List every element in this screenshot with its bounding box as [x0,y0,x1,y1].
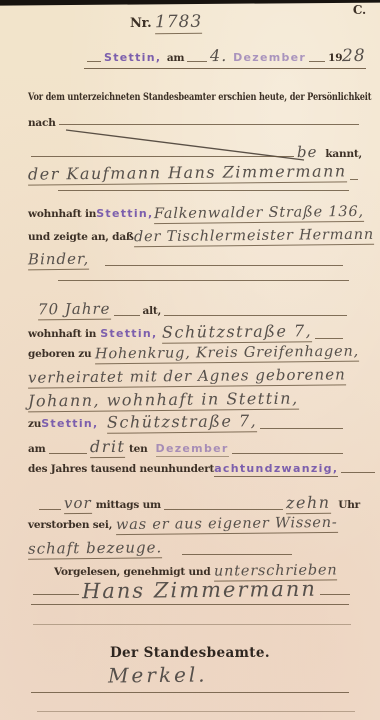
blank-rule [341,472,375,473]
blank-rule [39,509,61,510]
uhr-label: Uhr [338,499,360,511]
deceased-street-entry: Schützstraße 7, [161,321,311,344]
residence-label: wohnhaft in [28,328,96,340]
blank-rule [37,711,355,712]
be-entry: be [297,143,318,161]
blank-rule [87,61,101,62]
birthplace-entry: Hohenkrug, Kreis Greifenhagen, [95,344,359,365]
blank-rule [320,594,350,595]
marriage-entry-2: Johann, wohnhaft in Stettin, [28,389,299,413]
report-label: und zeigte an, daß [28,231,134,243]
attestation-entry-1: was er aus eigener Wissen- [116,515,338,535]
registrar-title: Der Standesbeamte. [110,645,270,661]
record-number-label: Nr. [130,16,151,31]
blank-rule [182,554,292,555]
ten-label: ten [129,443,148,455]
blank-rule [33,624,351,625]
blank-rule [309,61,325,62]
blank-rule [114,315,140,316]
blank-rule [315,338,343,339]
closing-label: Vorgelesen, genehmigt und [54,566,210,578]
death-month-stamp: Dezember [156,442,229,457]
attestation-entry-2: schaft bezeuge. [28,538,162,559]
mittags-label: mittags um [96,499,161,511]
blank-rule [260,428,343,429]
declarant-street-entry: Falkenwalder Straße 136, [153,204,363,224]
alt-label: alt, [143,305,162,317]
intro-text-line1: Vor dem unterzeichneten Standesbeamter e… [28,92,371,103]
month-stamp: Dezember [233,51,306,64]
form-corner-mark: C. [353,3,366,17]
blank-rule [31,604,349,605]
age-entry: 70 Jahre [38,300,111,321]
marriage-entry-1: verheiratet mit der Agnes geborenen [28,365,346,388]
am-label: am [167,52,185,64]
year-entry: 28 [342,46,366,66]
century-label: 19 [328,52,342,64]
deceased-name-entry-1: der Tischlermeister Hermann [134,227,374,248]
registrar-signature: Merkel. [108,662,208,687]
blank-rule [58,280,349,281]
death-day-entry: drit [89,437,125,458]
year-prefix-label: des Jahres tausend neunhundert [28,463,214,475]
residence-label: wohnhaft in [28,208,96,220]
day-entry: 4. [210,46,227,65]
blank-rule [164,509,283,510]
zu-label: zu [28,418,41,430]
death-record-scan: C. Nr. 1783 Stettin, am 4. Dezember 19 2… [0,0,380,720]
blank-rule [350,179,358,180]
declarant-signature: Hans Zimmermann [82,577,317,603]
blank-rule [49,453,87,454]
scan-top-edge [0,0,380,6]
deceased-name-entry-2: Binder, [28,250,89,271]
death-street-entry: Schützstraße 7, [106,411,256,434]
kannt-label: kannt, [325,148,362,160]
place-stamp: Stettin, [100,327,157,340]
verstorben-label: verstorben sei, [28,519,112,531]
blank-rule [31,692,349,693]
record-number-value: 1783 [155,12,202,34]
am-label: am [28,443,46,455]
blank-rule [232,453,343,454]
born-label: geboren zu [28,348,91,360]
vor-entry: vor [64,494,92,514]
hour-entry: zehn [286,493,331,514]
blank-rule [31,156,294,157]
place-stamp: Stettin, [96,207,153,220]
blank-rule [105,265,343,266]
death-year-stamp: achtundzwanzig, [214,462,338,477]
blank-rule [58,190,349,191]
blank-rule [164,315,347,316]
blank-rule [187,61,207,62]
place-stamp: Stettin, [104,51,161,64]
blank-rule [33,594,79,595]
declarant-name-entry: der Kaufmann Hans Zimmermann [28,161,347,185]
place-stamp: Stettin, [41,417,98,430]
